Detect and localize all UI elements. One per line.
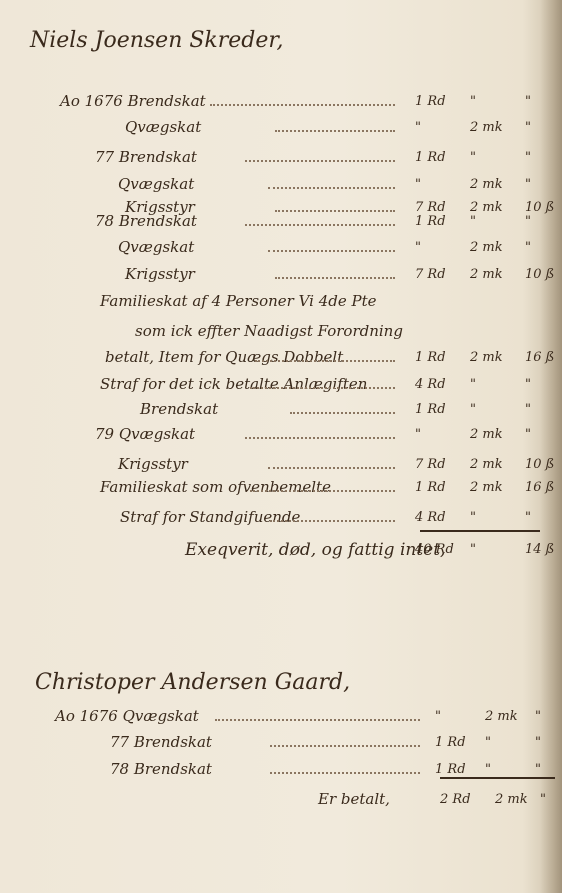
leader-dots xyxy=(245,160,395,162)
amount-mark: " xyxy=(485,735,491,750)
amount-skilling: 10 ß xyxy=(525,267,554,282)
section2-heading: Christoper Andersen Gaard, xyxy=(35,670,350,695)
leader-dots xyxy=(250,490,395,492)
section1-heading: Niels Joensen Skreder, xyxy=(30,28,283,53)
total-rigsdaler: 2 Rd xyxy=(440,792,471,807)
entry-label: Ao 1676 Qvægskat xyxy=(55,707,199,725)
leader-dots xyxy=(275,130,395,132)
amount-rigsdaler: 7 Rd xyxy=(415,457,446,472)
total-rigsdaler: 40 Rd xyxy=(415,542,454,557)
amount-mark: 2 mk xyxy=(470,177,503,192)
total-mark: " xyxy=(470,542,476,557)
amount-skilling: " xyxy=(525,94,531,109)
amount-rigsdaler: " xyxy=(415,427,421,442)
amount-rigsdaler: 1 Rd xyxy=(435,735,466,750)
amount-rigsdaler: " xyxy=(435,709,441,724)
amount-skilling: " xyxy=(535,709,541,724)
amount-skilling: " xyxy=(525,510,531,525)
manuscript-page: Niels Joensen Skreder, Christoper Anders… xyxy=(0,0,562,893)
amount-skilling: " xyxy=(535,735,541,750)
amount-mark: " xyxy=(470,377,476,392)
entry-label: betalt, Item for Quægs Dobbelt xyxy=(105,348,343,366)
amount-rigsdaler: 1 Rd xyxy=(415,480,446,495)
leader-dots xyxy=(268,187,395,189)
amount-skilling: " xyxy=(525,240,531,255)
leader-dots xyxy=(245,437,395,439)
amount-rigsdaler: " xyxy=(415,120,421,135)
amount-rigsdaler: 1 Rd xyxy=(415,214,446,229)
amount-rigsdaler: " xyxy=(415,177,421,192)
amount-mark: " xyxy=(485,762,491,777)
total-rule xyxy=(420,530,540,532)
leader-dots xyxy=(290,412,395,414)
entry-label: 79 Qvægskat xyxy=(95,425,195,443)
amount-mark: " xyxy=(470,402,476,417)
entry-label: Straf for Standgifuende xyxy=(120,508,300,526)
leader-dots xyxy=(270,520,395,522)
total-mark: 2 mk xyxy=(495,792,528,807)
amount-skilling: " xyxy=(535,762,541,777)
entry-label: Straf for det ick betalte Anlægiften xyxy=(100,375,367,393)
entry-label: Krigsstyr xyxy=(125,265,195,283)
entry-label: Qvægskat xyxy=(118,175,194,193)
amount-skilling: " xyxy=(525,402,531,417)
amount-mark: " xyxy=(470,94,476,109)
amount-skilling: " xyxy=(525,150,531,165)
leader-dots xyxy=(275,210,395,212)
amount-rigsdaler: " xyxy=(415,240,421,255)
entry-label: 78 Brendskat xyxy=(95,212,197,230)
book-gutter xyxy=(540,0,562,893)
entry-label: Brendskat xyxy=(140,400,218,418)
amount-mark: 2 mk xyxy=(485,709,518,724)
leader-dots xyxy=(215,719,420,721)
entry-label: Familieskat som ofvenbemelte xyxy=(100,478,331,496)
leader-dots xyxy=(250,387,395,389)
entry-label: 77 Brendskat xyxy=(110,733,212,751)
amount-rigsdaler: 1 Rd xyxy=(415,150,446,165)
amount-skilling: " xyxy=(525,177,531,192)
amount-mark: 2 mk xyxy=(470,350,503,365)
amount-mark: " xyxy=(470,150,476,165)
total-skilling: 14 ß xyxy=(525,542,554,557)
amount-mark: 2 mk xyxy=(470,120,503,135)
total-skilling: " xyxy=(540,792,546,807)
leader-dots xyxy=(270,745,420,747)
entry-label: Qvægskat xyxy=(125,118,201,136)
amount-mark: 2 mk xyxy=(470,480,503,495)
amount-skilling: " xyxy=(525,214,531,229)
leader-dots xyxy=(275,277,395,279)
leader-dots xyxy=(210,104,395,106)
total-rule xyxy=(440,777,555,779)
entry-label: 78 Brendskat xyxy=(110,760,212,778)
entry-label: Ao 1676 Brendskat xyxy=(60,92,206,110)
amount-skilling: 16 ß xyxy=(525,350,554,365)
amount-mark: " xyxy=(470,510,476,525)
amount-skilling: 16 ß xyxy=(525,480,554,495)
amount-rigsdaler: 1 Rd xyxy=(415,94,446,109)
leader-dots xyxy=(245,224,395,226)
amount-skilling: " xyxy=(525,120,531,135)
total-label: Er betalt, xyxy=(318,790,390,808)
amount-skilling: 10 ß xyxy=(525,200,554,215)
amount-mark: " xyxy=(470,214,476,229)
amount-mark: 2 mk xyxy=(470,427,503,442)
entry-label: Qvægskat xyxy=(118,238,194,256)
entry-label: Krigsstyr xyxy=(118,455,188,473)
entry-label: 77 Brendskat xyxy=(95,148,197,166)
entry-label: som ick effter Naadigst Forordning xyxy=(135,322,403,340)
amount-skilling: " xyxy=(525,427,531,442)
amount-rigsdaler: 1 Rd xyxy=(435,762,466,777)
amount-rigsdaler: 1 Rd xyxy=(415,402,446,417)
amount-rigsdaler: 4 Rd xyxy=(415,377,446,392)
amount-rigsdaler: 7 Rd xyxy=(415,267,446,282)
amount-rigsdaler: 1 Rd xyxy=(415,350,446,365)
amount-rigsdaler: 4 Rd xyxy=(415,510,446,525)
amount-skilling: " xyxy=(525,377,531,392)
amount-skilling: 10 ß xyxy=(525,457,554,472)
leader-dots xyxy=(270,772,420,774)
leader-dots xyxy=(255,360,395,362)
amount-mark: 2 mk xyxy=(470,457,503,472)
amount-mark: 2 mk xyxy=(470,267,503,282)
leader-dots xyxy=(268,467,395,469)
amount-mark: 2 mk xyxy=(470,240,503,255)
entry-label: Familieskat af 4 Personer Vi 4de Pte xyxy=(100,292,377,310)
total-label: Exeqverit, død, og fattig intet, xyxy=(185,540,445,560)
leader-dots xyxy=(268,250,395,252)
amount-rigsdaler: 7 Rd xyxy=(415,200,446,215)
amount-mark: 2 mk xyxy=(470,200,503,215)
